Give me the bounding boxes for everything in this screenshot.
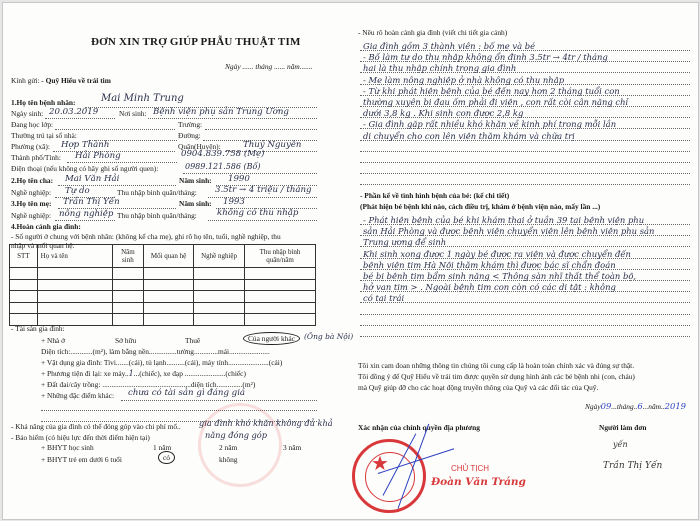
father-birth-year-value: 1990 [228,174,250,184]
house-owned-option[interactable]: Sở hữu [115,336,136,345]
table-cell[interactable] [144,279,194,291]
father-birth-year-label: Năm sinh: [179,176,212,185]
handwritten-line: - Bố làm tự do thu nhập không ổn định 3.… [363,52,608,62]
patient-name-value: Mai Minh Trung [101,93,184,104]
handwritten-line: Gia đình gồm 3 thành viên : bố mẹ và bé [363,41,535,51]
bhyt-option-3-years[interactable]: 3 năm [283,443,301,452]
table-cell[interactable] [144,291,194,303]
mother-birth-year-value: 1993 [223,197,245,207]
city-value: Hải Phòng [75,151,121,161]
handwritten-line: dưới 3,8 kg . Khi sinh con được 2,8 kg [363,108,523,118]
dob-label: Ngày sinh: [11,109,43,118]
applicant-label: Người làm đơn [599,423,647,432]
mother-income-label: Thu nhập bình quân/tháng: [117,211,197,220]
mother-job-label: Nghề nghiệp: [11,211,51,220]
signing-day: 09 [601,401,612,411]
house-others-note: (Ông bà Nội) [304,332,353,341]
father-income-label: Thu nhập bình quân/tháng: [117,188,197,197]
table-cell[interactable] [194,279,245,291]
father-name-value: Mai Văn Hải [65,174,119,184]
top-date-line: Ngày ...... tháng ...... năm....... [225,62,313,71]
mother-job-value: nông nghiệp [59,209,113,219]
dob-value: 20.03.2019 [49,107,98,117]
dotted-line [360,151,690,152]
father-job-label: Nghề nghiệp: [11,188,51,197]
dotted-line [360,162,690,163]
table-cell[interactable] [112,279,143,291]
recipient-value: - Quỹ Hiểu về trái tim [41,76,111,85]
dotted-line [360,336,690,337]
handwritten-line: - Phát hiện bệnh của bé khi khám thai ở … [363,215,644,225]
handwritten-line: hai là thu nhập chính trong gia đình [363,63,516,73]
other-features-value: chưa có tài sản gì đáng giá [128,388,245,398]
table-cell[interactable] [10,302,38,314]
insurance-label: - Bảo hiểm (có hiệu lực đến thời điểm hi… [11,433,150,442]
handwritten-line: di chuyển cho con lên viện thăm khám và … [363,131,575,141]
school-label: Trường: [178,120,202,129]
birthplace-value: Bệnh viện phụ sản Trung Ương [153,107,289,117]
table-cell[interactable] [244,302,315,314]
patient-name-label: 1.Họ tên bệnh nhân: [11,98,75,107]
handwritten-line: bé bị bệnh tim bẩm sinh nặng < Thông sàn… [363,271,636,281]
table-header: Họ và tên [37,245,112,268]
table-header: STT [10,245,38,268]
father-name-label: 2.Họ tên cha: [11,176,53,185]
mother-birth-year-label: Năm sinh: [179,199,212,208]
faint-stamp-bleed [198,403,282,487]
appliances-line: + Vật dụng gia đình: Tivi.......(cái), t… [41,358,282,367]
official-red-stamp: ★ [352,439,426,513]
table-row [10,291,316,303]
house-area-line: Diện tích:............(m²), làm bằng nền… [41,347,270,356]
recipient-line: Kính gửi: - Quỹ Hiểu về trái tim [11,76,111,85]
table-cell[interactable] [194,314,245,326]
applicant-signature: yến [613,440,628,449]
table-cell[interactable] [244,268,315,280]
father-job-value: Tự do [65,186,90,196]
phone-mother-value: 0904.839.758 (Mẹ) [181,149,264,159]
table-cell[interactable] [37,279,112,291]
authority-confirmation-label: Xác nhận của chính quyền địa phương [358,423,480,432]
table-header: Năm sinh [112,245,143,268]
assets-label: - Tài sản gia đình: [11,324,65,333]
mother-name-value: Trần Thị Yến [63,197,120,207]
table-cell[interactable] [194,291,245,303]
table-header: Nghề nghiệp [194,245,245,268]
table-cell[interactable] [37,268,112,280]
declaration-line-3: mà Quỹ giúp đỡ cho các hoạt động truyền … [358,383,598,392]
phone-father-value: 0989.121.586 (Bố) [185,162,261,171]
situation-label: - Nêu rõ hoàn cảnh gia đình (viết chi ti… [358,28,507,37]
table-row [10,279,316,291]
handwritten-line: bệnh viện tim Hà Nội thăm khám thì được … [363,260,616,270]
table-cell[interactable] [112,302,143,314]
house-others-option[interactable]: Của người khác [243,334,300,343]
birthplace-label: Nơi sinh: [119,109,147,118]
city-label: Thành phố/Tỉnh: [11,153,61,162]
class-label: Đang học lớp: [11,120,53,129]
applicant-name: Trần Thị Yến [603,461,662,471]
recipient-label: Kính gửi: [11,76,39,85]
table-row [10,302,316,314]
table-header: Thu nhập bình quân/năm [244,245,315,268]
phone-label: Điện thoại (nếu không có hãy ghi số ngườ… [11,164,158,173]
father-income-value: 3.5tr → 4 triệu / tháng [215,185,312,195]
signing-year: 2019 [665,401,686,411]
handwritten-line: - Gia đình gặp rất nhiều khó khăn về kin… [363,119,616,129]
table-row [10,268,316,280]
application-form-page: ĐƠN XIN TRỢ GIÚP PHẪU THUẬT TIM Ngày ...… [2,2,699,520]
illness-label: - Phần kể về tình hình bệnh của bé: (kể … [360,191,509,200]
handwritten-line: Khi sinh xong được 1 ngày bé được ra việ… [363,249,631,259]
dotted-line [360,173,690,174]
handwritten-line: hở van tim > . Ngoài bệnh tim con còn có… [363,282,616,292]
house-rented-option[interactable]: Thuê [185,336,200,345]
table-cell[interactable] [10,268,38,280]
table-cell[interactable] [194,302,245,314]
table-header: Mối quan hệ [144,245,194,268]
mother-name-label: 3.Họ tên mẹ: [11,199,51,208]
family-members-table: STTHọ và tênNăm sinhMối quan hệNghề nghi… [9,244,316,326]
handwritten-line: sản Hải Phòng và được bệnh viện chuyển v… [363,226,654,236]
table-cell[interactable] [112,291,143,303]
declaration-line-2: Tôi đồng ý để Quỹ Hiểu về trái tim được … [358,372,635,381]
table-cell[interactable] [244,279,315,291]
dotted-line [360,325,690,326]
dotted-line [360,184,690,185]
ward-label: Phường (xã): [11,142,50,151]
signing-date: Ngày09...tháng..6...năm..2019 [585,401,686,411]
form-title: ĐƠN XIN TRỢ GIÚP PHẪU THUẬT TIM [91,36,301,48]
table-cell[interactable] [144,314,194,326]
table-cell[interactable] [37,302,112,314]
illness-sub-label: (Phát hiện bé bệnh khi nào, cách điều tr… [360,202,600,211]
bhyt-child-yes[interactable]: có [158,453,175,462]
other-features-label: + Những đặc điểm khác: [41,391,114,400]
handwritten-line: Trung ương để sinh [363,237,446,247]
dotted-line [360,314,690,315]
handwritten-line: thường xuyên bị đau ốm phải đi viện , co… [363,97,628,107]
authority-name: Đoàn Văn Tráng [431,476,526,488]
vehicles-line: + Phương tiện đi lại: xe máy..1...(chiếc… [41,369,246,378]
table-cell[interactable] [10,291,38,303]
table-cell[interactable] [10,279,38,291]
house-label: + Nhà ở [41,336,65,345]
family-section-label: 4.Hoàn cảnh gia đình: [11,222,81,231]
address-label: Thường trú tại số nhà: [11,131,77,140]
table-cell[interactable] [194,268,245,280]
table-cell[interactable] [37,291,112,303]
contribution-label: - Khả năng của gia đình có thể đóng góp … [11,422,181,431]
mother-income-value: không có thu nhập [217,208,298,218]
dotted-line [360,302,690,303]
ward-value: Hợp Thành [61,140,109,150]
handwritten-line: - Mẹ làm nông nghiệp ở nhà không có thu … [363,75,564,85]
table-cell[interactable] [144,302,194,314]
table-cell[interactable] [144,268,194,280]
authority-title: CHỦ TỊCH [451,464,489,473]
declaration-line-1: Tôi xin cam đoan những thông tin chúng t… [358,361,634,370]
table-cell[interactable] [112,268,143,280]
bhyt-student-label: + BHYT học sinh [41,443,94,452]
street-label: Đường: [178,131,201,140]
table-cell[interactable] [244,314,315,326]
bhyt-child-label: + BHYT trẻ em dưới 6 tuổi [41,455,122,464]
table-cell[interactable] [244,291,315,303]
table-cell[interactable] [112,314,143,326]
handwritten-line: có tai trái [363,293,404,303]
members-note: - Số người ở chung với bệnh nhân: (không… [11,232,281,241]
handwritten-line: - Từ khi phát hiện bệnh của bé đến nay h… [363,86,620,96]
